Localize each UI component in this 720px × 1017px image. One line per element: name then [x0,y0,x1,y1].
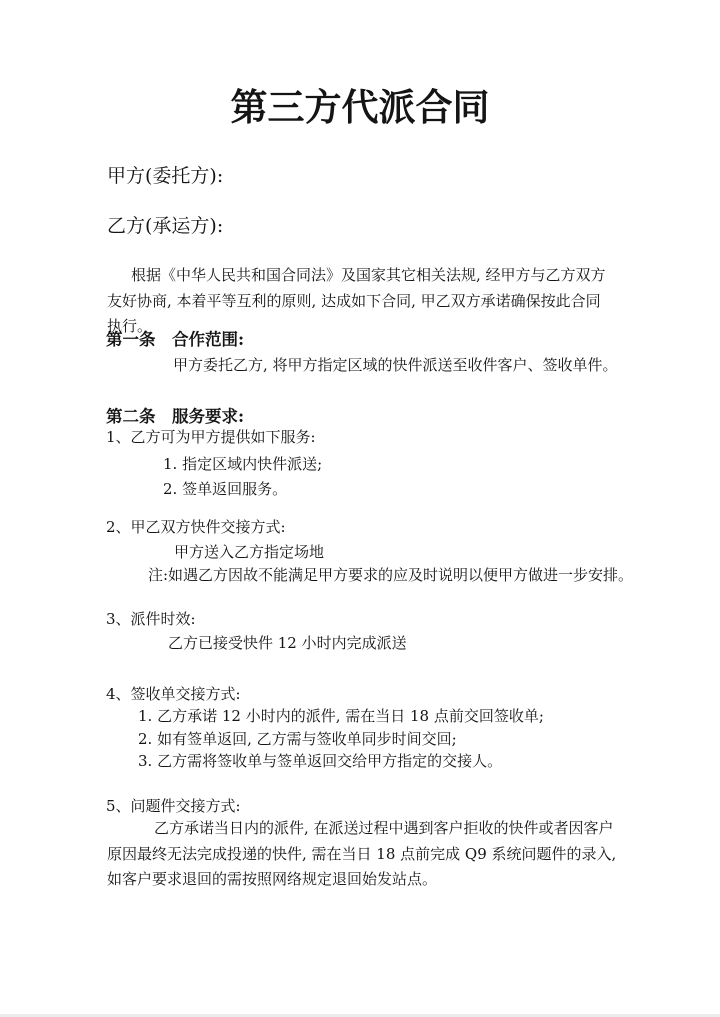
document-title: 第三方代派合同 [0,84,720,130]
article-2-heading: 第二条 服务要求: [106,407,244,427]
article-1-body: 甲方委托乙方, 将甲方指定区域的快件派送至收件客户、签收单件。 [173,353,618,379]
clause-2-note-line: 注:如遇乙方因故不能满足甲方要求的应及时说明以便甲方做进一步安排。 [148,565,633,586]
party-b-label: 乙方(承运方): [107,213,223,239]
party-a-label: 甲方(委托方): [107,163,223,189]
clause-2-line-1: 甲方送入乙方指定场地 [174,542,324,563]
clause-1-item-1: 1. 指定区域内快件派送; [163,452,322,477]
clause-3-line-1: 乙方已接受快件 12 小时内完成派送 [168,633,407,654]
contract-document-page: 第三方代派合同 甲方(委托方): 乙方(承运方): 根据《中华人民共和国合同法》… [0,0,720,1017]
clause-2-label: 2、甲乙双方快件交接方式: [106,517,286,538]
clause-3-label: 3、派件时效: [106,609,196,630]
clause-4-label: 4、签收单交接方式: [106,684,241,705]
clause-4-sub-items: 1. 乙方承诺 12 小时内的派件, 需在当日 18 点前交回签收单; 2. 如… [138,705,544,773]
clause-5-label: 5、问题件交接方式: [106,796,241,817]
clause-4-item-1: 1. 乙方承诺 12 小时内的派件, 需在当日 18 点前交回签收单; [138,705,544,728]
clause-5-paragraph: 乙方承诺当日内的派件, 在派送过程中遇到客户拒收的快件或者因客户原因最终无法完成… [107,816,623,893]
clause-1-sub-items: 1. 指定区域内快件派送; 2. 签单返回服务。 [163,452,322,502]
preamble-paragraph: 根据《中华人民共和国合同法》及国家其它相关法规, 经甲方与乙方双方友好协商, 本… [107,263,614,340]
clause-4-item-3: 3. 乙方需将签收单与签单返回交给甲方指定的交接人。 [138,750,544,773]
clause-1-label: 1、乙方可为甲方提供如下服务: [106,427,316,448]
article-1-heading: 第一条 合作范围: [106,330,244,350]
clause-1-item-2: 2. 签单返回服务。 [163,477,322,502]
clause-4-item-2: 2. 如有签单返回, 乙方需与签收单同步时间交回; [138,728,544,751]
